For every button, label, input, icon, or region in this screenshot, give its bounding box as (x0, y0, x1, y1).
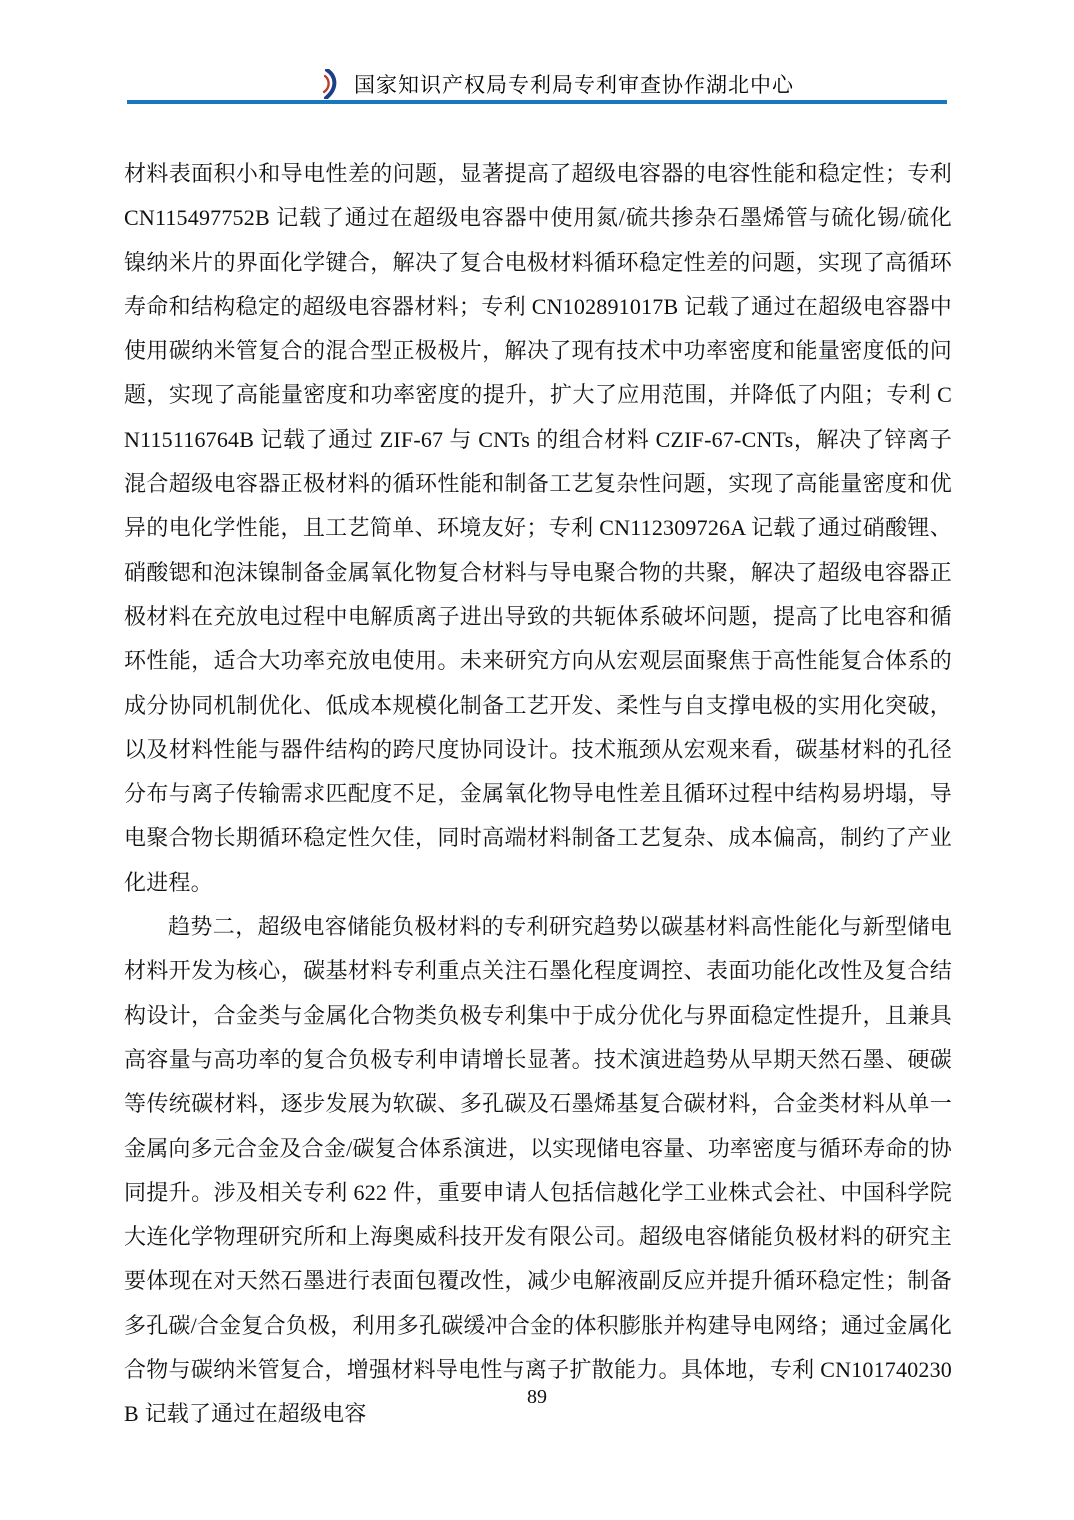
page-footer: 89 (0, 1386, 1074, 1409)
paragraph-trend2: 趋势二，超级电容储能负极材料的专利研究趋势以碳基材料高性能化与新型储电材料开发为… (124, 905, 952, 1437)
header-rule (127, 100, 947, 104)
page-header: 国家知识产权局专利局专利审查协作湖北中心 (20, 66, 1074, 102)
header-title: 国家知识产权局专利局专利审查协作湖北中心 (354, 69, 794, 99)
cnipa-emblem-icon (320, 69, 342, 99)
document-body: 材料表面积小和导电性差的问题，显著提高了超级电容器的电容性能和稳定性；专利 CN… (124, 152, 952, 1437)
page-number: 89 (527, 1386, 547, 1408)
document-page: 国家知识产权局专利局专利审查协作湖北中心 材料表面积小和导电性差的问题，显著提高… (0, 0, 1074, 1520)
paragraph-trend1-continuation: 材料表面积小和导电性差的问题，显著提高了超级电容器的电容性能和稳定性；专利 CN… (124, 152, 952, 905)
